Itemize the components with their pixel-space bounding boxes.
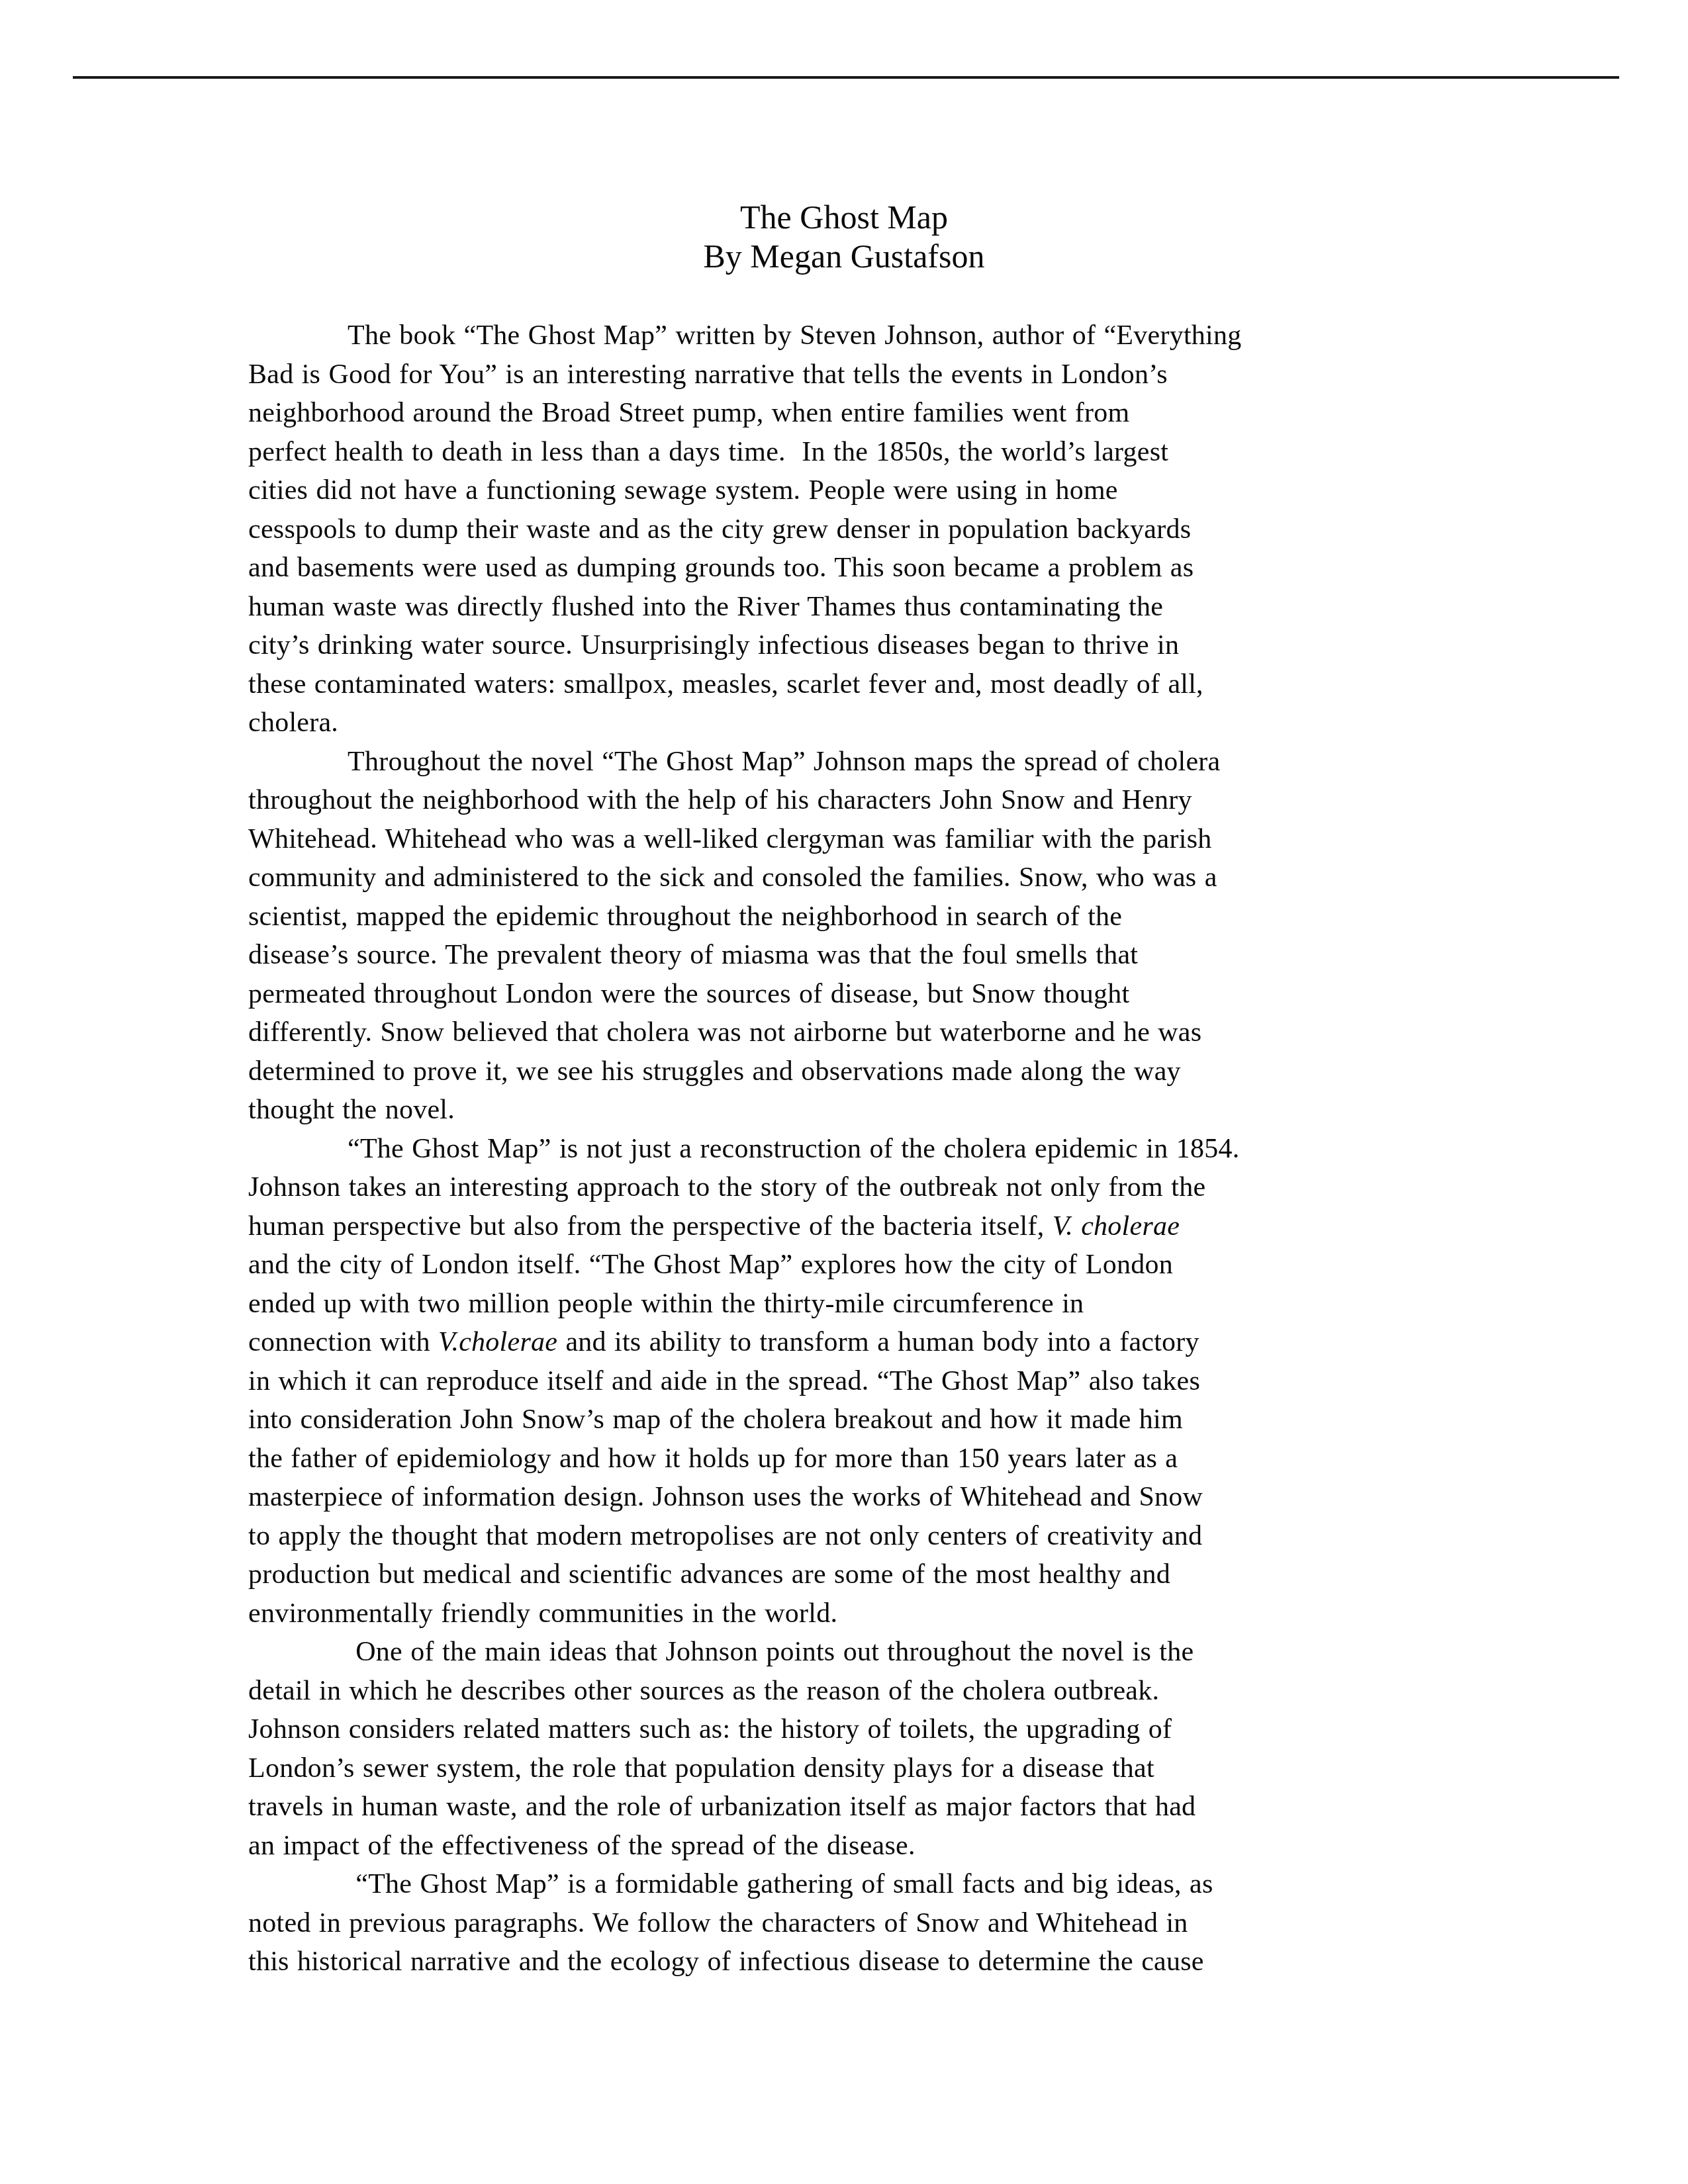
title-block: The Ghost Map By Megan Gustafson [248, 198, 1440, 275]
document-content: The Ghost Map By Megan Gustafson The boo… [248, 198, 1440, 1981]
title-gap [248, 275, 1440, 316]
text-line: perfect health to death in less than a d… [248, 433, 1440, 472]
text-line: masterpiece of information design. Johns… [248, 1478, 1440, 1517]
paragraph: The book “The Ghost Map” written by Stev… [248, 316, 1440, 743]
text-line: cesspools to dump their waste and as the… [248, 510, 1440, 549]
text-line: scientist, mapped the epidemic throughou… [248, 897, 1440, 936]
text-line: neighborhood around the Broad Street pum… [248, 394, 1440, 433]
text-line: Whitehead. Whitehead who was a well-like… [248, 820, 1440, 859]
text-line: Johnson takes an interesting approach to… [248, 1168, 1440, 1207]
text-line: cities did not have a functioning sewage… [248, 471, 1440, 510]
document-title: The Ghost Map [248, 198, 1440, 237]
text-line: human perspective but also from the pers… [248, 1207, 1440, 1246]
text-line: noted in previous paragraphs. We follow … [248, 1904, 1440, 1943]
text-line: One of the main ideas that Johnson point… [348, 1633, 1440, 1672]
text-line: production but medical and scientific ad… [248, 1555, 1440, 1594]
text-line: in which it can reproduce itself and aid… [248, 1362, 1440, 1401]
header-rule [73, 76, 1619, 79]
text-line: and the city of London itself. “The Ghos… [248, 1246, 1440, 1285]
document-page: The Ghost Map By Megan Gustafson The boo… [0, 0, 1688, 2184]
paragraph: “The Ghost Map” is not just a reconstruc… [248, 1130, 1440, 1633]
text-line: London’s sewer system, the role that pop… [248, 1749, 1440, 1788]
text-line: disease’s source. The prevalent theory o… [248, 936, 1440, 975]
text-line: city’s drinking water source. Unsurprisi… [248, 626, 1440, 665]
text-line: the father of epidemiology and how it ho… [248, 1439, 1440, 1479]
text-line: environmentally friendly communities in … [248, 1594, 1440, 1633]
text-line: human waste was directly flushed into th… [248, 588, 1440, 627]
text-line: differently. Snow believed that cholera … [248, 1013, 1440, 1052]
paragraph: Throughout the novel “The Ghost Map” Joh… [248, 743, 1440, 1130]
text-line: connection with V.cholerae and its abili… [248, 1323, 1440, 1362]
text-line: travels in human waste, and the role of … [248, 1788, 1440, 1827]
text-line: permeated throughout London were the sou… [248, 975, 1440, 1014]
text-line: Johnson considers related matters such a… [248, 1710, 1440, 1749]
text-line: The book “The Ghost Map” written by Stev… [348, 316, 1440, 355]
document-author: By Megan Gustafson [248, 237, 1440, 276]
text-line: thought the novel. [248, 1091, 1440, 1130]
text-line: determined to prove it, we see his strug… [248, 1052, 1440, 1091]
text-line: “The Ghost Map” is a formidable gatherin… [348, 1865, 1440, 1904]
text-line: Bad is Good for You” is an interesting n… [248, 355, 1440, 394]
text-line: throughout the neighborhood with the hel… [248, 781, 1440, 820]
text-line: these contaminated waters: smallpox, mea… [248, 665, 1440, 704]
text-line: this historical narrative and the ecolog… [248, 1942, 1440, 1981]
text-line: to apply the thought that modern metropo… [248, 1517, 1440, 1556]
text-line: into consideration John Snow’s map of th… [248, 1400, 1440, 1439]
text-line: ended up with two million people within … [248, 1285, 1440, 1324]
text-line: cholera. [248, 704, 1440, 743]
essay-body: The book “The Ghost Map” written by Stev… [248, 316, 1440, 1981]
text-line: and basements were used as dumping groun… [248, 549, 1440, 588]
paragraph: “The Ghost Map” is a formidable gatherin… [248, 1865, 1440, 1981]
text-line: community and administered to the sick a… [248, 858, 1440, 897]
paragraph: One of the main ideas that Johnson point… [248, 1633, 1440, 1865]
text-line: Throughout the novel “The Ghost Map” Joh… [348, 743, 1440, 782]
text-line: “The Ghost Map” is not just a reconstruc… [348, 1130, 1440, 1169]
text-line: detail in which he describes other sourc… [248, 1672, 1440, 1711]
text-line: an impact of the effectiveness of the sp… [248, 1827, 1440, 1866]
